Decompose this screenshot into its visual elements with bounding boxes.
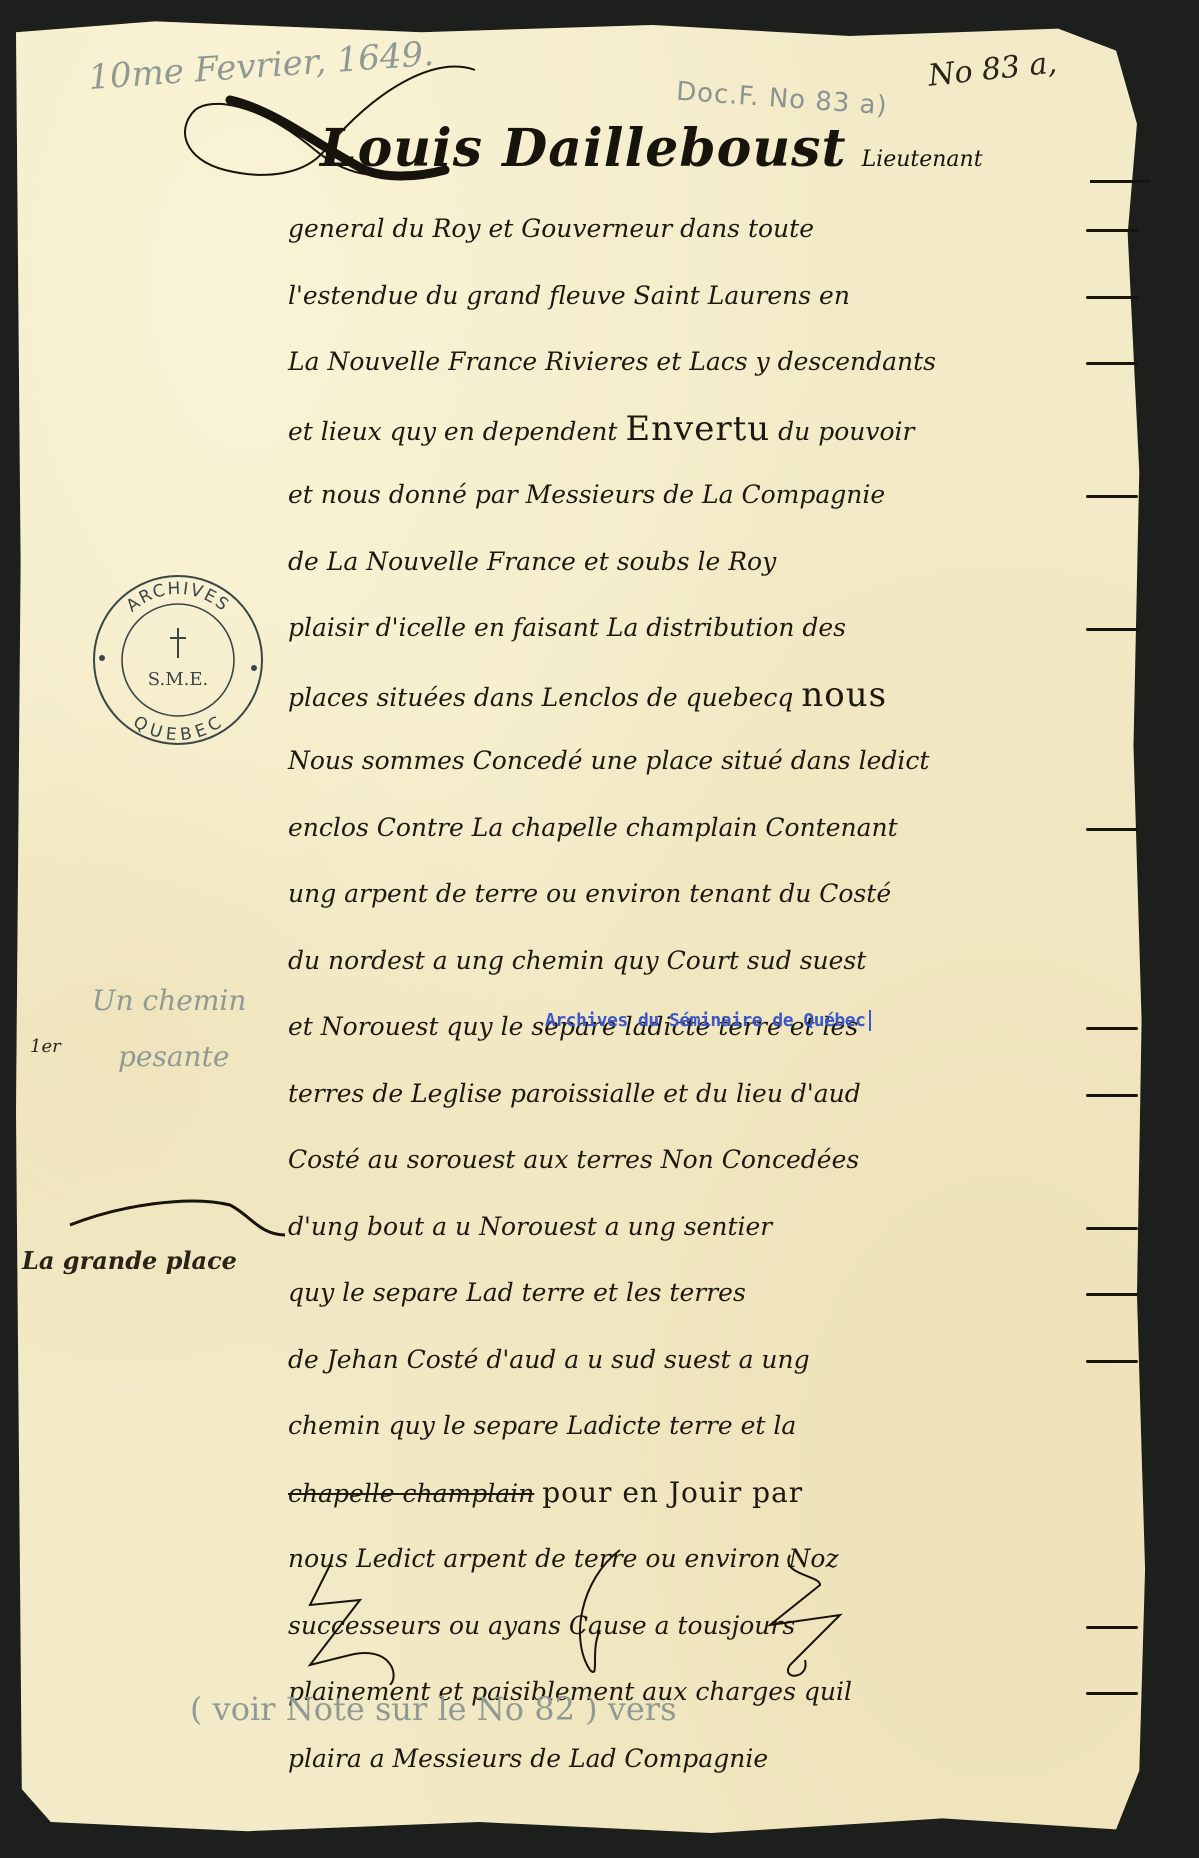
signature-flourish xyxy=(560,1540,640,1690)
signature-paraph xyxy=(760,1545,880,1685)
document-headline: Louis Dailleboust Lieutenant xyxy=(320,118,983,179)
text-line: chapelle champlain pour en Jouir par xyxy=(288,1460,1138,1527)
emphasized-word: nous xyxy=(801,675,887,715)
bottom-pencil-note: ( voir Note sur le No 82 ) vers xyxy=(190,1690,677,1728)
emphasized-word: Envertu xyxy=(625,409,770,449)
text-line: terres de Leglise paroissialle et du lie… xyxy=(288,1061,1138,1128)
archive-stamp: Archives du Séminaire de Québec xyxy=(545,1010,871,1031)
text-line: enclos Contre La chapelle champlain Cont… xyxy=(288,795,1138,862)
margin-note-road: Un chemin xyxy=(92,984,246,1017)
text-line: general du Roy et Gouverneur dans toute xyxy=(288,196,1138,263)
text-line: l'estendue du grand fleuve Saint Laurens… xyxy=(288,263,1138,330)
text-line: La Nouvelle France Rivieres et Lacs y de… xyxy=(288,329,1138,396)
text-line: d'ung bout a u Norouest a ung sentier xyxy=(288,1194,1138,1261)
text-line: et nous donné par Messieurs de La Compag… xyxy=(288,462,1138,529)
svg-text:QUEBEC: QUEBEC xyxy=(129,712,226,745)
text-line: du nordest a ung chemin quy Court sud su… xyxy=(288,928,1138,995)
text-line: de La Nouvelle France et soubs le Roy xyxy=(288,529,1138,596)
svg-text:S.M.E.: S.M.E. xyxy=(148,669,208,690)
text-line: ung arpent de terre ou environ tenant du… xyxy=(288,861,1138,928)
margin-mark: 1er xyxy=(30,1036,61,1057)
author-title: Lieutenant xyxy=(862,147,983,172)
text-line: chemin quy le separe Ladicte terre et la xyxy=(288,1393,1138,1460)
text-line: Nous sommes Concedé une place situé dans… xyxy=(288,728,1138,795)
text-line: quy le separe Lad terre et les terres xyxy=(288,1260,1138,1327)
struck-text: chapelle champlain xyxy=(288,1479,534,1508)
margin-note-road-2: pesante xyxy=(118,1040,229,1073)
cross-icon xyxy=(170,628,186,658)
text-line: de Jehan Costé d'aud a u sud suest a ung xyxy=(288,1327,1138,1394)
line-dash xyxy=(1090,180,1150,183)
text-line: plaisir d'icelle en faisant La distribut… xyxy=(288,595,1138,662)
text-line: places situées dans Lenclos de quebecq n… xyxy=(288,662,1138,729)
signature-paraph xyxy=(290,1545,420,1685)
text-line: Costé au sorouest aux terres Non Concedé… xyxy=(288,1127,1138,1194)
author-name: Louis Dailleboust xyxy=(320,118,846,179)
margin-flourish xyxy=(60,1185,290,1265)
text-line: plaira a Messieurs de Lad Compagnie xyxy=(288,1726,1138,1793)
text-line: et lieux quy en dependent Envertu du pou… xyxy=(288,396,1138,463)
archives-seal: ARCHIVES QUEBEC S.M.E. xyxy=(90,572,266,748)
